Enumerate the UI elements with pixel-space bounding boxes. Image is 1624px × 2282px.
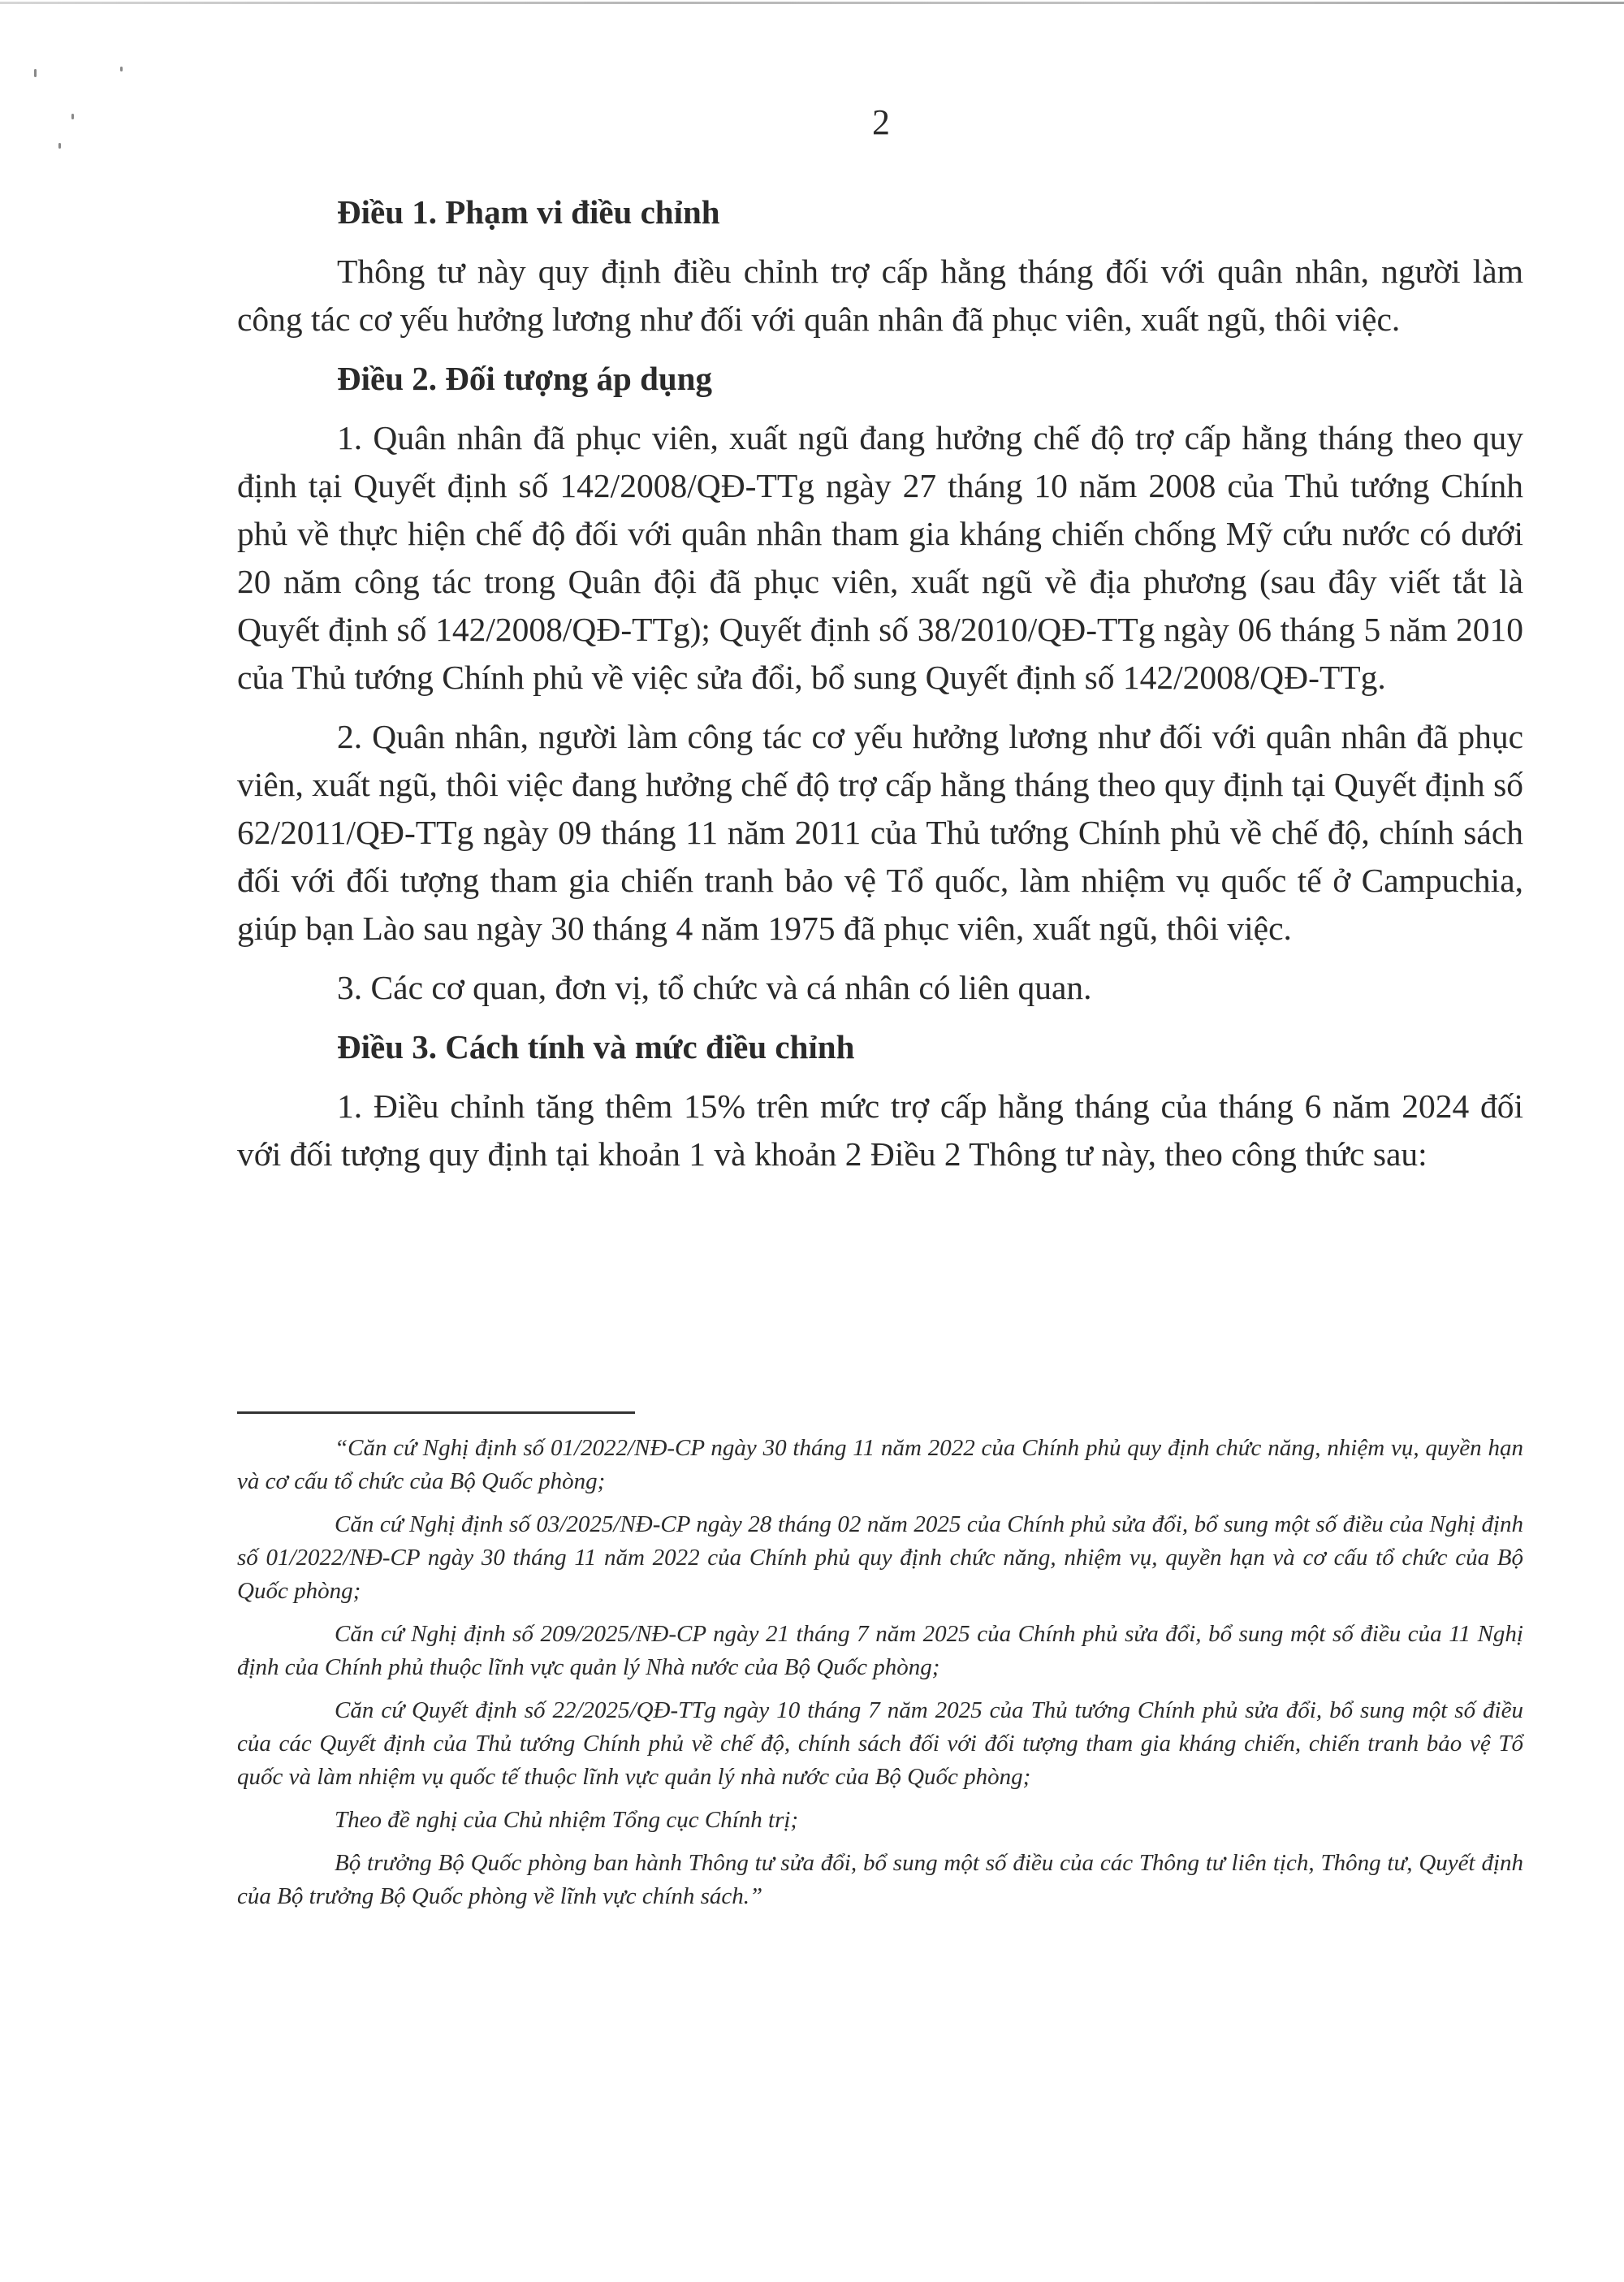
scan-top-edge	[0, 2, 1624, 4]
article-2: Điều 2. Đối tượng áp dụng 1. Quân nhân đ…	[237, 355, 1523, 1012]
paragraph: 1. Điều chỉnh tăng thêm 15% trên mức trợ…	[237, 1083, 1523, 1178]
document-body: Điều 1. Phạm vi điều chỉnh Thông tư này …	[237, 188, 1523, 1190]
article-3: Điều 3. Cách tính và mức điều chỉnh 1. Đ…	[237, 1023, 1523, 1178]
footnote-item: Theo đề nghị của Chủ nhiệm Tổng cục Chín…	[237, 1804, 1523, 1837]
article-heading: Điều 1. Phạm vi điều chỉnh	[237, 188, 1523, 236]
paragraph: 3. Các cơ quan, đơn vị, tổ chức và cá nh…	[237, 964, 1523, 1012]
scan-speck	[120, 67, 123, 71]
article-heading: Điều 3. Cách tính và mức điều chỉnh	[237, 1023, 1523, 1071]
footnote-item: “Căn cứ Nghị định số 01/2022/NĐ-CP ngày …	[237, 1432, 1523, 1498]
footnotes: “Căn cứ Nghị định số 01/2022/NĐ-CP ngày …	[237, 1411, 1523, 1923]
scan-speck	[34, 69, 37, 77]
footnote-item: Căn cứ Nghị định số 209/2025/NĐ-CP ngày …	[237, 1618, 1523, 1684]
paragraph: Thông tư này quy định điều chỉnh trợ cấp…	[237, 248, 1523, 344]
scan-speck	[58, 143, 61, 149]
footnote-item: Căn cứ Quyết định số 22/2025/QĐ-TTg ngày…	[237, 1694, 1523, 1794]
footnote-item: Bộ trưởng Bộ Quốc phòng ban hành Thông t…	[237, 1847, 1523, 1913]
article-1: Điều 1. Phạm vi điều chỉnh Thông tư này …	[237, 188, 1523, 344]
page-number: 2	[0, 102, 1624, 143]
footnote-separator	[237, 1411, 635, 1414]
footnote-item: Căn cứ Nghị định số 03/2025/NĐ-CP ngày 2…	[237, 1508, 1523, 1608]
paragraph: 1. Quân nhân đã phục viên, xuất ngũ đang…	[237, 414, 1523, 702]
paragraph: 2. Quân nhân, người làm công tác cơ yếu …	[237, 713, 1523, 953]
article-heading: Điều 2. Đối tượng áp dụng	[237, 355, 1523, 403]
